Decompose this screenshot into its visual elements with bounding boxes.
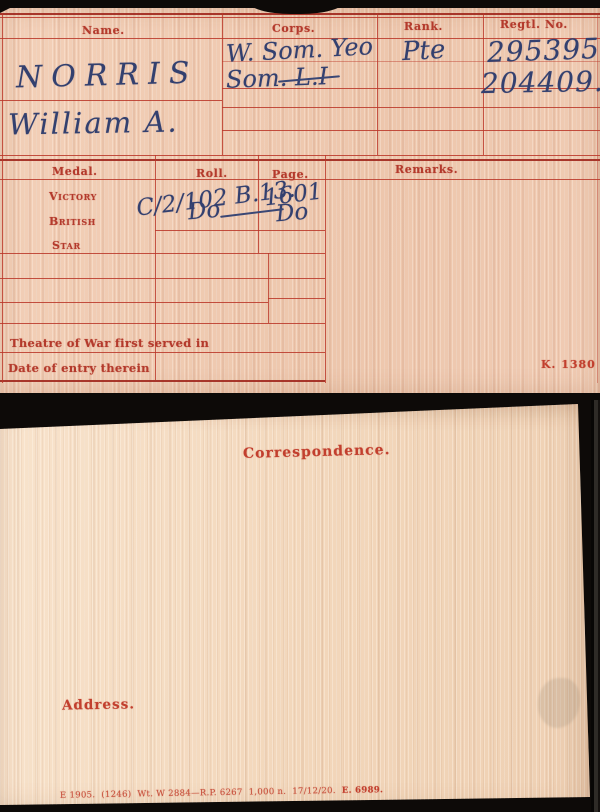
ruled-line: [0, 323, 325, 324]
ruled-line: [155, 230, 325, 231]
ruled-line: [377, 13, 378, 155]
medal-card-front: Name. Corps. Rank. Regtl. No. NORRIS Wil…: [0, 8, 600, 393]
regtl-no-column-header: Regtl. No.: [500, 18, 568, 31]
theatre-of-war-label: Theatre of War first served in: [10, 336, 209, 350]
rank-handwriting: Pte: [401, 35, 446, 67]
photo-right-edge-strip: [591, 400, 600, 812]
print-code-line: E 1905. (1246) Wt. W 2884—R.P. 6267 1,00…: [60, 785, 383, 801]
forename-handwriting: William A.: [8, 105, 179, 142]
british-roll-ditto-handwriting: Do: [187, 197, 221, 226]
rank-column-header: Rank.: [404, 20, 443, 33]
ruled-line: [222, 130, 600, 131]
card-ref-code: K. 1380: [541, 358, 596, 371]
medal-index-card-photo: Name. Corps. Rank. Regtl. No. NORRIS Wil…: [0, 0, 600, 812]
ruled-line: [268, 253, 269, 323]
roll-column-header: Roll.: [196, 167, 228, 180]
medal-card-back-area: Correspondence. Address. E 1905. (1246) …: [0, 400, 600, 812]
print-code-text: E 1905. (1246) Wt. W 2884—R.P. 6267 1,00…: [60, 786, 342, 801]
medal-column-header: Medal.: [52, 165, 98, 178]
address-heading: Address.: [62, 696, 135, 713]
paper-smudge: [538, 678, 580, 728]
ruled-line: [325, 155, 326, 383]
print-code-bold-text: E. 6989.: [342, 785, 384, 796]
ruled-line: [0, 253, 325, 254]
british-page-ditto-handwriting: Do: [275, 199, 309, 228]
ruled-line: [0, 352, 325, 353]
corps-column-header: Corps.: [272, 22, 315, 35]
remarks-column-header: Remarks.: [395, 163, 458, 176]
medal-row-star: Star: [52, 239, 81, 252]
correspondence-heading: Correspondence.: [243, 442, 391, 462]
ruled-line: [0, 100, 222, 101]
ruled-line: [222, 107, 600, 108]
ruled-line: [0, 278, 325, 279]
medal-card-back: Correspondence. Address. E 1905. (1246) …: [0, 400, 600, 812]
ruled-line: [0, 380, 325, 382]
ruled-line: [0, 159, 600, 161]
ruled-line: [222, 13, 223, 155]
ruled-line: [0, 155, 600, 156]
date-of-entry-label: Date of entry therein: [8, 361, 150, 375]
medal-row-british: British: [49, 215, 96, 228]
regtl-no-handwriting-line2: 204409.: [481, 65, 600, 100]
ruled-line: [268, 298, 325, 299]
surname-handwriting: NORRIS: [16, 56, 199, 96]
medal-row-victory: Victory: [49, 190, 97, 203]
name-column-header: Name.: [82, 24, 125, 37]
ruled-line: [0, 302, 268, 303]
ruled-line: [2, 13, 3, 383]
regtl-no-handwriting-line1: 295395: [486, 32, 600, 69]
